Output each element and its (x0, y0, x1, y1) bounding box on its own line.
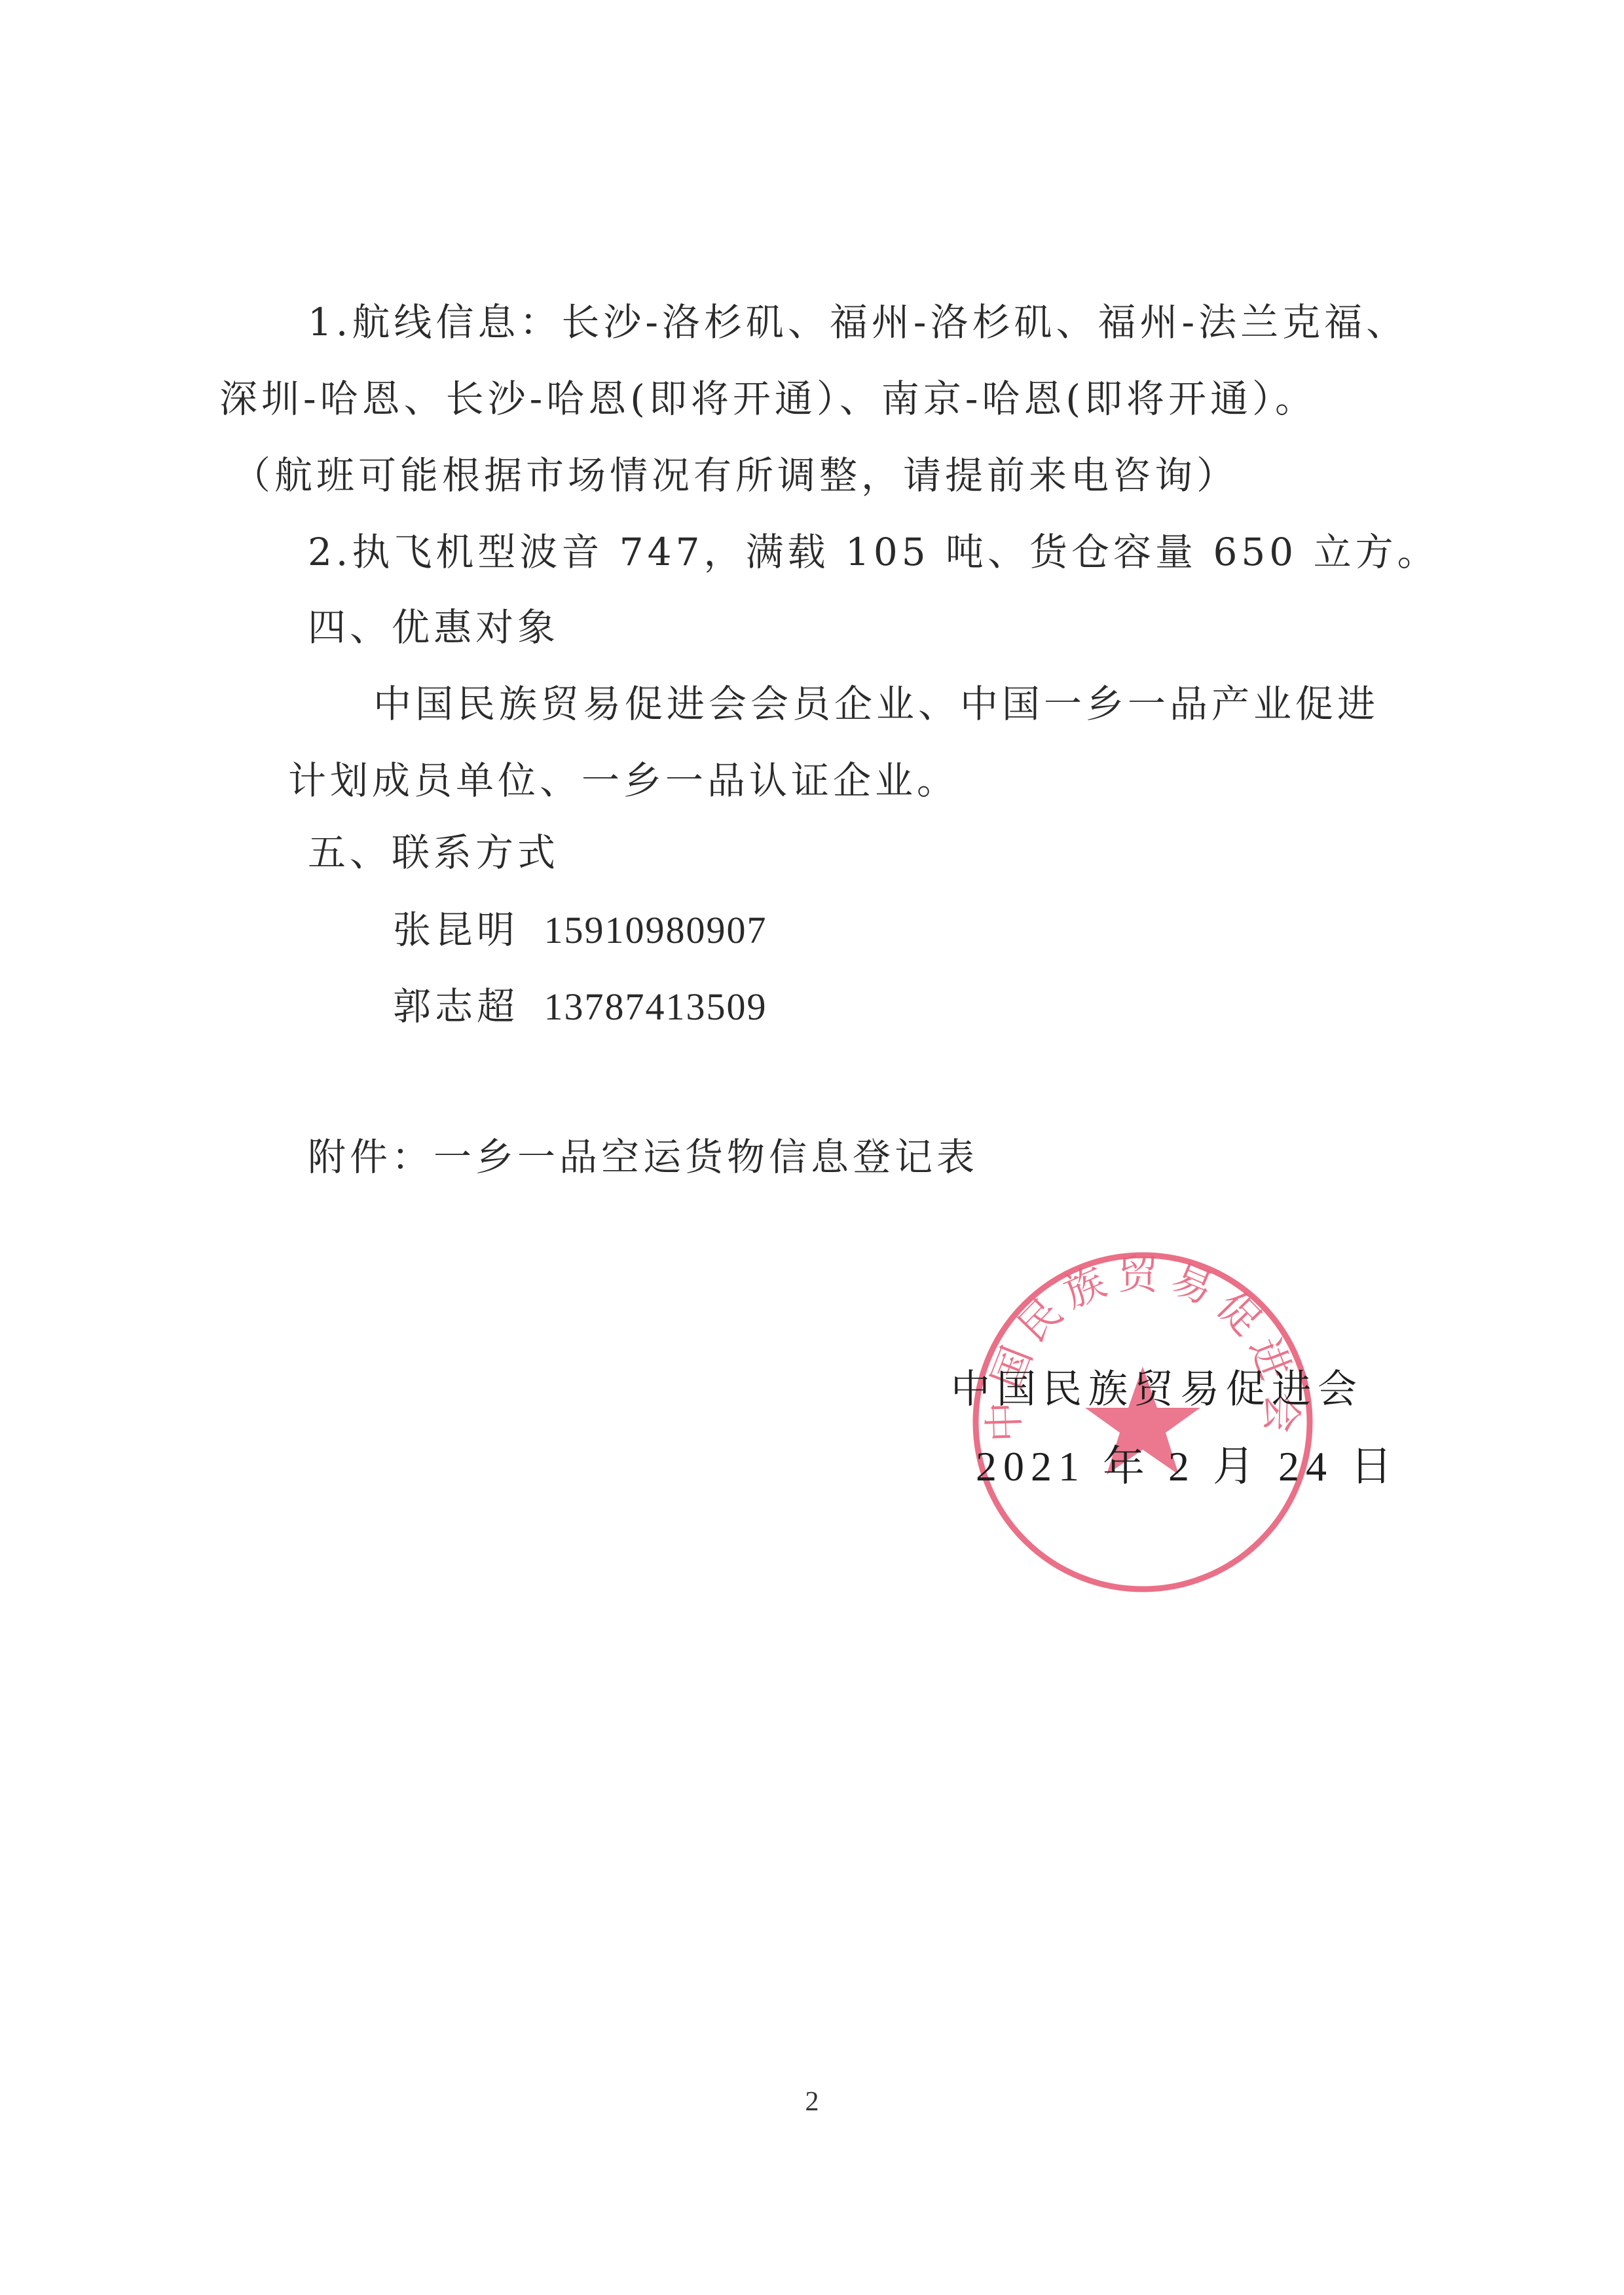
section-4-line-2: 计划成员单位、一乡一品认证企业。 (288, 754, 959, 807)
route-info-line-2: 深圳-哈恩、长沙-哈恩(即将开通）、南京-哈恩(即将开通）。 (219, 373, 1317, 425)
route-info-note: （航班可能根据市场情况有所调整，请提前来电咨询） (232, 449, 1238, 502)
contact-row: 张昆明 15910980907 (393, 904, 767, 957)
route-info-line-1: 1.航线信息：长沙-洛杉矶、福州-洛杉矶、福州-法兰克福、 (308, 296, 1408, 348)
attachment-line: 附件：一乡一品空运货物信息登记表 (308, 1131, 978, 1183)
aircraft-info-line: 2.执飞机型波音 747，满载 105 吨、货仓容量 650 立方。 (308, 526, 1439, 578)
section-5-heading: 五、联系方式 (308, 826, 559, 879)
contact-row: 郭志超 13787413509 (393, 980, 767, 1033)
contact-name: 郭志超 (393, 984, 519, 1029)
contact-name: 张昆明 (393, 908, 519, 952)
section-4-heading: 四、优惠对象 (308, 601, 559, 653)
official-seal: 中国民族贸易促进会 (966, 1245, 1319, 1599)
contact-phone: 15910980907 (544, 909, 767, 951)
page-number: 2 (805, 2085, 819, 2118)
signature-organization: 中国民族贸易促进会 (951, 1363, 1363, 1416)
contact-phone: 13787413509 (544, 985, 767, 1028)
section-4-line-1: 中国民族贸易促进会会员企业、中国一乡一品产业促进 (373, 678, 1379, 730)
signature-date: 2021 年 2 月 24 日 (976, 1441, 1399, 1493)
document-page: 1.航线信息：长沙-洛杉矶、福州-洛杉矶、福州-法兰克福、 深圳-哈恩、长沙-哈… (0, 0, 1624, 2295)
